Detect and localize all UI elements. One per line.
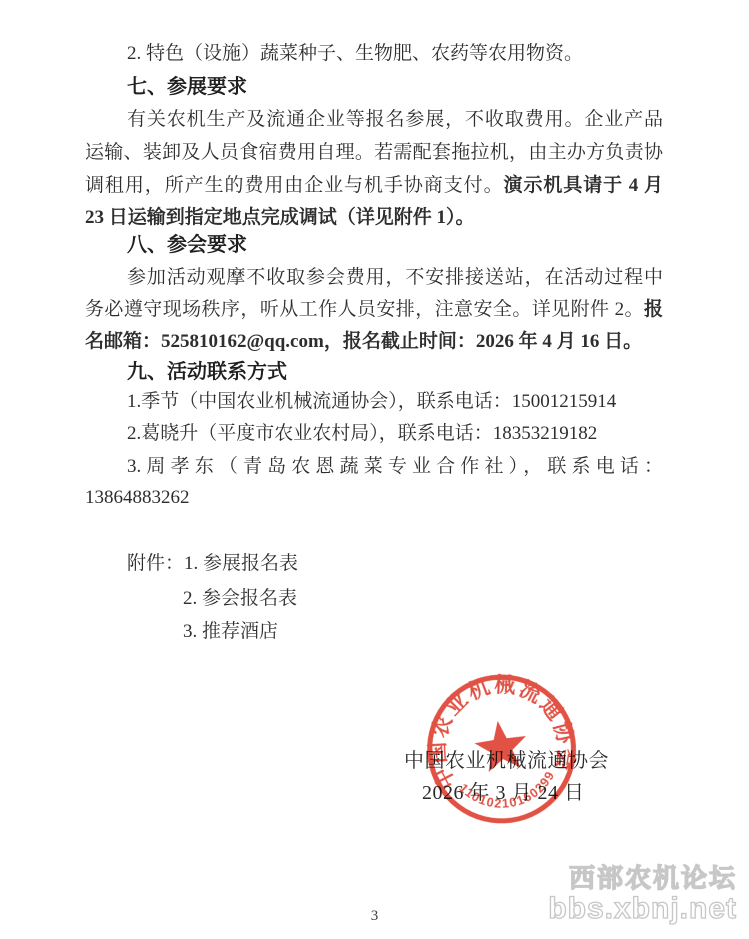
- line-bold-text: 报: [644, 299, 663, 320]
- contact-phone-3: 13864883262: [85, 486, 663, 510]
- line-text: 务必遵守现场秩序，听从工作人员安排，注意安全。详见附件 2。: [85, 299, 644, 320]
- line-text: 3. 推荐酒店: [183, 621, 278, 642]
- seal-star-icon: [472, 717, 530, 773]
- doc-line: 23 日运输到指定地点完成调试（详见附件 1）。: [85, 206, 663, 230]
- line-text: 1.季节（中国农业机械流通协会），联系电话：15001215914: [127, 391, 616, 412]
- watermark-title: 西部农机论坛: [548, 863, 737, 893]
- contact-line-1: 1.季节（中国农业机械流通协会），联系电话：15001215914: [85, 390, 663, 414]
- line-text: 调租用，所产生的费用由企业与机手协商支付。: [85, 175, 504, 196]
- doc-line: 运输、装卸及人员食宿费用自理。若需配套拖拉机，由主办方负责协: [85, 141, 663, 165]
- line-bold-text: 演示机具请于 4 月: [504, 175, 663, 196]
- contact-line-2: 2.葛晓升（平度市农业农村局），联系电话：18353219182: [85, 422, 663, 446]
- line-bold-text: 名邮箱：525810162@qq.com，报名截止时间：2026 年 4 月 1…: [85, 331, 642, 352]
- heading-section-9: 九、活动联系方式: [85, 360, 663, 384]
- doc-line: 有关农机生产及流通企业等报名参展，不收取费用。企业产品: [85, 108, 663, 132]
- attachment-line-3: 3. 推荐酒店: [85, 620, 663, 644]
- line-text: 3.周孝东（青岛农恩蔬菜专业合作社），联系电话：: [127, 456, 663, 477]
- doc-line: 2. 特色（设施）蔬菜种子、生物肥、农药等农用物资。: [85, 42, 663, 66]
- page-number: 3: [0, 908, 749, 925]
- line-text: 附件：1. 参展报名表: [127, 553, 298, 574]
- line-text: 运输、装卸及人员食宿费用自理。若需配套拖拉机，由主办方负责协: [85, 142, 663, 163]
- attachment-line-2: 2. 参会报名表: [85, 587, 663, 611]
- line-text: 2. 特色（设施）蔬菜种子、生物肥、农药等农用物资。: [127, 43, 583, 64]
- doc-line: 参加活动观摩不收取参会费用，不安排接送站，在活动过程中: [85, 266, 663, 290]
- line-text: 参加活动观摩不收取参会费用，不安排接送站，在活动过程中: [127, 267, 663, 288]
- heading-section-8: 八、参会要求: [85, 233, 663, 257]
- line-bold-text: 23 日运输到指定地点完成调试（详见附件 1）。: [85, 207, 475, 228]
- line-text: 13864883262: [85, 487, 190, 508]
- line-text: 2.葛晓升（平度市农业农村局），联系电话：18353219182: [127, 423, 597, 444]
- attachment-line-1: 附件：1. 参展报名表: [85, 552, 663, 576]
- line-text: 有关农机生产及流通企业等报名参展，不收取费用。企业产品: [127, 109, 663, 130]
- seal-code-text-path: 11010210160299: [455, 768, 561, 817]
- heading-text: 八、参会要求: [127, 234, 247, 256]
- official-seal-stamp: 中国农业机械流通协会 11010210160299: [411, 661, 594, 844]
- contact-line-3: 3.周孝东（青岛农恩蔬菜专业合作社），联系电话：: [85, 455, 663, 479]
- doc-line: 调租用，所产生的费用由企业与机手协商支付。演示机具请于 4 月: [85, 174, 663, 198]
- heading-section-7: 七、参展要求: [85, 75, 663, 99]
- document-page: 2. 特色（设施）蔬菜种子、生物肥、农药等农用物资。 七、参展要求 有关农机生产…: [0, 0, 749, 939]
- doc-line-email: 名邮箱：525810162@qq.com，报名截止时间：2026 年 4 月 1…: [85, 330, 663, 354]
- line-text: 2. 参会报名表: [183, 588, 297, 609]
- heading-text: 九、活动联系方式: [127, 361, 287, 383]
- doc-line: 务必遵守现场秩序，听从工作人员安排，注意安全。详见附件 2。报: [85, 298, 663, 322]
- heading-text: 七、参展要求: [127, 76, 247, 98]
- seal-code: 11010210160299: [455, 768, 561, 817]
